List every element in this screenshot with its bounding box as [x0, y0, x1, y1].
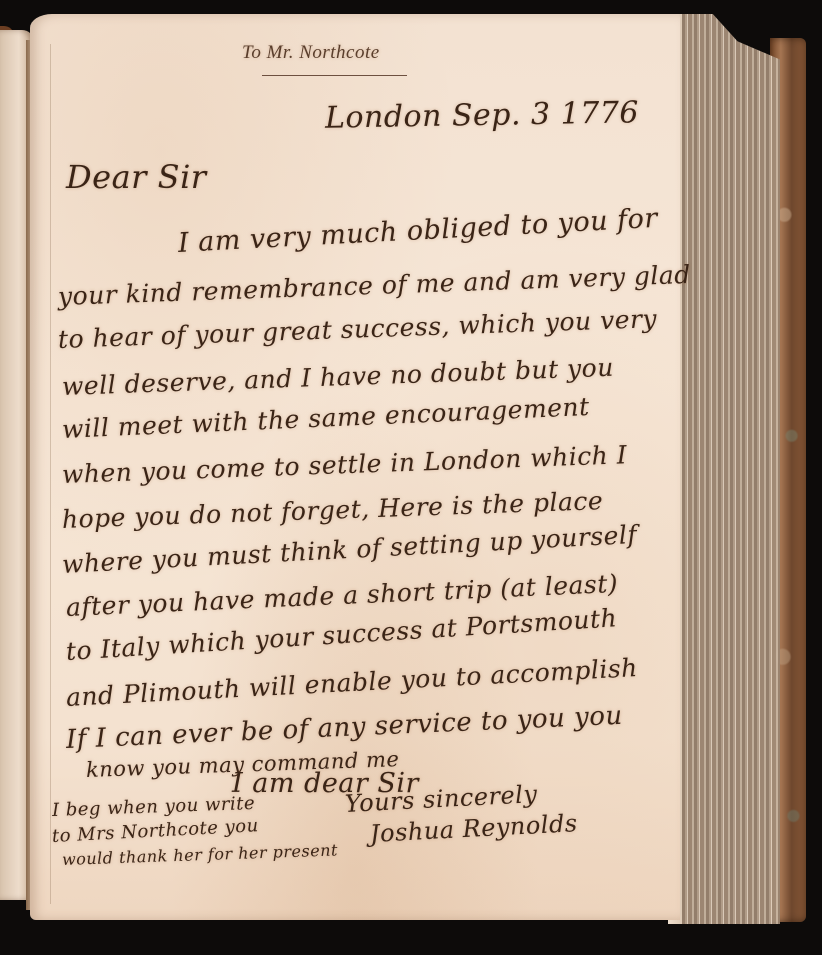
addressee-heading: To Mr. Northcote — [242, 42, 380, 64]
addressee-underline — [262, 75, 407, 76]
page-block-fore-edge — [668, 14, 780, 924]
page-margin-line — [50, 44, 51, 904]
dateline: London Sep. 3 1776 — [325, 95, 640, 135]
salutation: Dear Sir — [66, 158, 207, 196]
book-photo: To Mr. Northcote London Sep. 3 1776 Dear… — [0, 0, 822, 955]
